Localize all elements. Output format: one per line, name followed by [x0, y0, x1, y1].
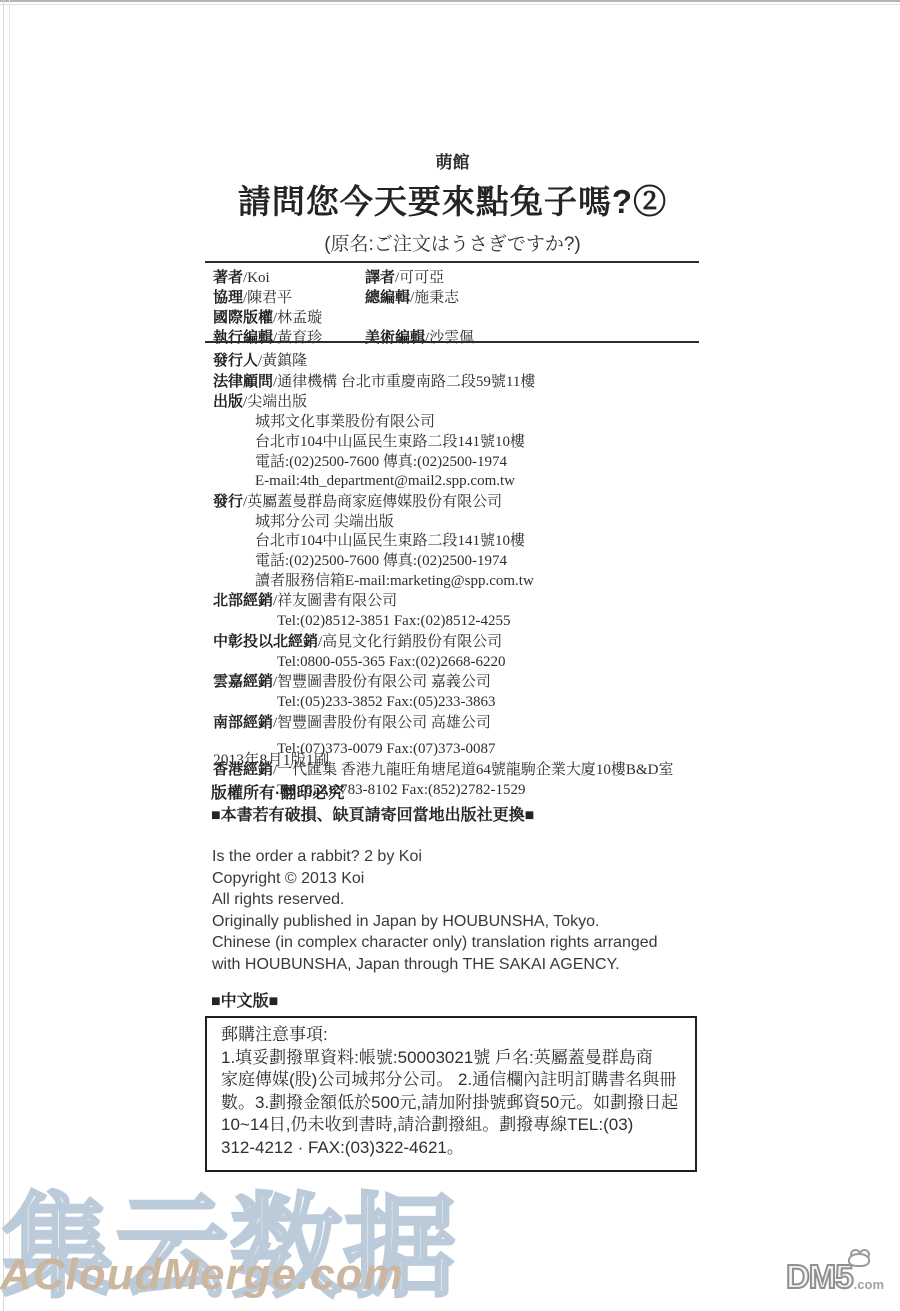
dm5-logo-text: DM5 [786, 1262, 853, 1292]
credit-intl-rights: 國際版權/林孟璇 [213, 308, 365, 328]
pub-label: 北部經銷 [213, 592, 273, 609]
credit-value: /陳君平 [243, 290, 292, 306]
english-line: Is the order a rabbit? 2 by Koi [212, 846, 792, 868]
pub-line-publisher: 出版/尖端出版 [213, 392, 773, 413]
pub-value: /通律機構 台北市重慶南路二段59號11樓 [273, 374, 535, 390]
pub-label: 中彰投以北經銷 [213, 633, 318, 650]
pub-value: /黃鎮隆 [258, 353, 307, 369]
credit-author: 著者/Koi [213, 268, 365, 288]
credit-empty [365, 308, 699, 328]
credit-value: /黃育珍 [273, 330, 322, 346]
original-title: (原名:ご注文はうさぎですか?) [205, 229, 700, 256]
scan-left-edge [3, 0, 4, 1311]
pub-value: /智豐圖書股份有限公司 嘉義公司 [273, 674, 491, 690]
pub-line-address: 台北市104中山區民生東路二段141號10樓 [213, 532, 773, 552]
mail-order-box: 郵購注意事項: 1.填妥劃撥單資料:帳號:50003021號 戶名:英屬蓋曼群島… [205, 1016, 697, 1172]
pub-line-tel-fax: Tel:(05)233-3852 Fax:(05)233-3863 [213, 693, 773, 713]
credit-label: 美術編輯 [365, 329, 425, 346]
pub-value: 台北市104中山區民生東路二段141號10樓 [255, 434, 525, 450]
edition-printing: 2013年8月1版1刷 [213, 748, 329, 770]
credit-row: 著者/Koi 譯者/可可亞 [213, 268, 699, 288]
pub-value: /祥友圖書有限公司 [273, 593, 397, 609]
pub-value: 城邦文化事業股份有限公司 [255, 414, 435, 430]
credit-translator: 譯者/可可亞 [365, 268, 699, 288]
mail-order-line: 數。3.劃撥金額低於500元,請加附掛號郵資50元。如劃撥日起 [221, 1092, 683, 1115]
credit-exec-editor: 執行編輯/黃育珍 [213, 328, 365, 348]
pub-label: 發行人 [213, 352, 258, 369]
credit-label: 著者 [213, 269, 243, 286]
pub-line-yunchia-dist: 雲嘉經銷/智豐圖書股份有限公司 嘉義公司 [213, 672, 773, 693]
credit-row: 執行編輯/黃育珍 美術編輯/沙雲佩 [213, 328, 699, 348]
pub-value: E-mail:4th_department@mail2.spp.com.tw [255, 473, 515, 489]
pub-value: /尖端出版 [243, 394, 307, 410]
pub-line-reader-email: 讀者服務信箱E-mail:marketing@spp.com.tw [213, 572, 773, 592]
copyright-notice-line2: ■本書若有破損、缺頁請寄回當地出版社更換■ [211, 805, 534, 827]
pub-line-branch: 城邦分公司 尖端出版 [213, 513, 773, 533]
scan-left-edge-2 [9, 0, 10, 1280]
credit-value: /可可亞 [395, 270, 444, 286]
pub-label: 發行 [213, 493, 243, 510]
pub-value: 讀者服務信箱E-mail:marketing@spp.com.tw [255, 573, 534, 589]
pub-value: /英屬蓋曼群島商家庭傳媒股份有限公司 [243, 494, 502, 510]
dm5-logo: DM5 .com [786, 1262, 884, 1292]
credits-table: 著者/Koi 譯者/可可亞 協理/陳君平 總編輯/施秉志 國際版權/林孟璇 執行… [213, 268, 699, 348]
pub-value: /高見文化行銷股份有限公司 [318, 634, 502, 650]
pub-value: 電話:(02)2500-7600 傳真:(02)2500-1974 [255, 454, 507, 470]
english-line: Originally published in Japan by HOUBUNS… [212, 911, 792, 933]
pub-label: 出版 [213, 393, 243, 410]
pub-line-legal: 法律顧問/通律機構 台北市重慶南路二段59號11樓 [213, 372, 773, 393]
mail-order-line: 312-4212 · FAX:(03)322-4621。 [221, 1137, 683, 1160]
dm5-mascot-icon [844, 1249, 870, 1263]
chinese-edition-label: ■中文版■ [211, 988, 278, 1011]
english-line: with HOUBUNSHA, Japan through THE SAKAI … [212, 954, 792, 976]
pub-line-south-dist: 南部經銷/智豐圖書股份有限公司 高雄公司 [213, 713, 773, 734]
scanned-colophon-page: 萌館 請問您今天要來點兔子嗎?② (原名:ご注文はうさぎですか?) 著者/Koi… [0, 0, 900, 1311]
credit-label: 國際版權 [213, 309, 273, 326]
pub-line-issuer: 發行/英屬蓋曼群島商家庭傳媒股份有限公司 [213, 492, 773, 513]
pub-value: 台北市104中山區民生東路二段141號10樓 [255, 533, 525, 549]
pub-line-north-dist: 北部經銷/祥友圖書有限公司 [213, 591, 773, 612]
credit-value: /Koi [243, 270, 270, 286]
english-line: All rights reserved. [212, 889, 792, 911]
pub-label: 法律顧問 [213, 373, 273, 390]
credit-art-editor: 美術編輯/沙雲佩 [365, 328, 699, 348]
pub-line-publisher-person: 發行人/黃鎮隆 [213, 351, 773, 372]
divider-bottom [205, 341, 699, 343]
scan-top-edge [0, 0, 900, 2]
pub-value: /智豐圖書股份有限公司 高雄公司 [273, 715, 491, 731]
dm5-logo-suffix: .com [854, 1277, 884, 1292]
book-title-block: 萌館 請問您今天要來點兔子嗎?② (原名:ご注文はうさぎですか?) [205, 148, 700, 256]
divider-top [205, 261, 699, 263]
pub-line-company: 城邦文化事業股份有限公司 [213, 413, 773, 433]
pub-line-central-dist: 中彰投以北經銷/高見文化行銷股份有限公司 [213, 632, 773, 653]
pub-line-email: E-mail:4th_department@mail2.spp.com.tw [213, 472, 773, 492]
scan-top-edge-2 [0, 4, 900, 5]
credit-label: 譯者 [365, 269, 395, 286]
english-line: Copyright © 2013 Koi [212, 868, 792, 890]
pub-value: Tel:(02)8512-3851 Fax:(02)8512-4255 [277, 613, 511, 629]
pub-label: 南部經銷 [213, 714, 273, 731]
mail-order-line: 家庭傳媒(股)公司城邦分公司。 2.通信欄內註明訂購書名與冊 [221, 1069, 683, 1092]
credit-manager: 協理/陳君平 [213, 288, 365, 308]
credit-label: 執行編輯 [213, 329, 273, 346]
credit-value: /施秉志 [410, 290, 459, 306]
pub-line-phone: 電話:(02)2500-7600 傳真:(02)2500-1974 [213, 453, 773, 473]
pub-value: 電話:(02)2500-7600 傳真:(02)2500-1974 [255, 553, 507, 569]
credit-value: /沙雲佩 [425, 330, 474, 346]
imprint-label: 萌館 [205, 148, 700, 173]
pub-line-tel-fax: Tel:0800-055-365 Fax:(02)2668-6220 [213, 653, 773, 673]
pub-line-address: 台北市104中山區民生東路二段141號10樓 [213, 433, 773, 453]
pub-line-tel-fax: Tel:(02)8512-3851 Fax:(02)8512-4255 [213, 612, 773, 632]
pub-line-phone: 電話:(02)2500-7600 傳真:(02)2500-1974 [213, 552, 773, 572]
pub-value: /一代匯集 香港九龍旺角塘尾道64號龍駒企業大廈10樓B&D室 [273, 762, 673, 778]
pub-value: 城邦分公司 尖端出版 [255, 514, 394, 530]
credit-chief-editor: 總編輯/施秉志 [365, 288, 699, 308]
credit-value: /林孟璇 [273, 310, 322, 326]
pub-value: Tel:0800-055-365 Fax:(02)2668-6220 [277, 654, 506, 670]
english-copyright: Is the order a rabbit? 2 by Koi Copyrigh… [212, 846, 792, 976]
copyright-notice: 版權所有·翻印必究 ■本書若有破損、缺頁請寄回當地出版社更換■ [211, 783, 534, 827]
mail-order-line: 10~14日,仍未收到書時,請洽劃撥組。劃撥專線TEL:(03) [221, 1114, 683, 1137]
publication-info: 發行人/黃鎮隆 法律顧問/通律機構 台北市重慶南路二段59號11樓 出版/尖端出… [213, 351, 773, 800]
pub-value: Tel:(05)233-3852 Fax:(05)233-3863 [277, 694, 496, 710]
credit-row: 國際版權/林孟璇 [213, 308, 699, 328]
watermark-site-url: ACloudMerge.com [0, 1250, 404, 1300]
english-line: Chinese (in complex character only) tran… [212, 932, 792, 954]
mail-order-title: 郵購注意事項: [221, 1024, 683, 1047]
pub-label: 雲嘉經銷 [213, 673, 273, 690]
credit-label: 協理 [213, 289, 243, 306]
book-title: 請問您今天要來點兔子嗎?② [205, 176, 700, 223]
copyright-notice-line1: 版權所有·翻印必究 [211, 783, 534, 805]
credit-label: 總編輯 [365, 289, 410, 306]
mail-order-line: 1.填妥劃撥單資料:帳號:50003021號 戶名:英屬蓋曼群島商 [221, 1047, 683, 1070]
credit-row: 協理/陳君平 總編輯/施秉志 [213, 288, 699, 308]
